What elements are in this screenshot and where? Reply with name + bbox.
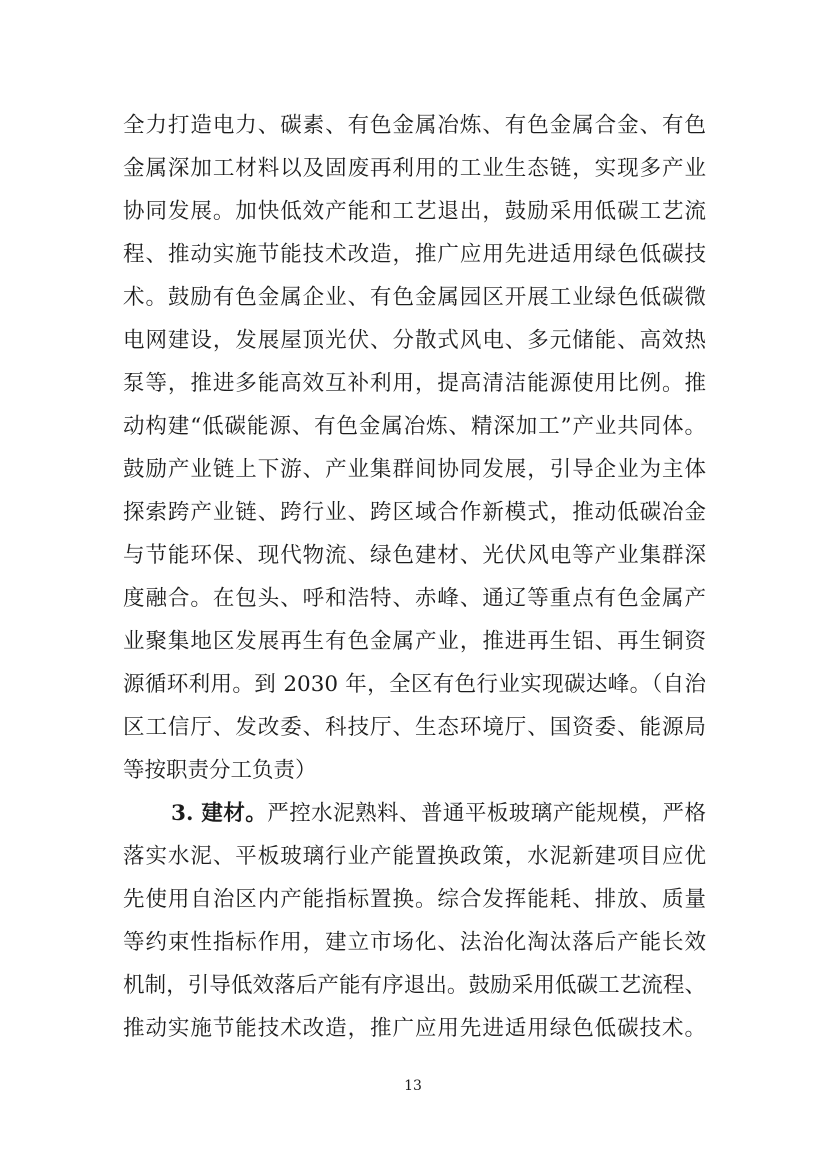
page-number: 13 <box>0 1078 826 1094</box>
text-line: 探索跨产业链、跨行业、跨区域合作新模式，推动低碳冶金 <box>123 491 706 534</box>
text-line: 术。鼓励有色金属企业、有色金属园区开展工业绿色低碳微 <box>123 276 706 319</box>
document-body: 全力打造电力、碳素、有色金属冶炼、有色金属合金、有色 金属深加工材料以及固废再利… <box>123 104 706 1050</box>
text-line: 动构建“低碳能源、有色金属冶炼、精深加工”产业共同体。 <box>123 405 706 448</box>
text-line: 电网建设，发展屋顶光伏、分散式风电、多元储能、高效热 <box>123 319 706 362</box>
text-line: 程、推动实施节能技术改造，推广应用先进适用绿色低碳技 <box>123 233 706 276</box>
text-run: 严控水泥熟料、普通平板玻璃产能规模，严格 <box>267 801 706 826</box>
text-line: 等按职责分工负责） <box>123 749 706 792</box>
section-heading-line: 3. 建材。严控水泥熟料、普通平板玻璃产能规模，严格 <box>123 792 706 835</box>
document-page: 全力打造电力、碳素、有色金属冶炼、有色金属合金、有色 金属深加工材料以及固废再利… <box>0 0 826 1169</box>
section-heading: 3. 建材。 <box>171 801 267 826</box>
text-line: 推动实施节能技术改造，推广应用先进适用绿色低碳技术。 <box>123 1007 706 1050</box>
text-line: 先使用自治区内产能指标置换。综合发挥能耗、排放、质量 <box>123 878 706 921</box>
text-line: 与节能环保、现代物流、绿色建材、光伏风电等产业集群深 <box>123 534 706 577</box>
text-line: 全力打造电力、碳素、有色金属冶炼、有色金属合金、有色 <box>123 104 706 147</box>
text-line: 等约束性指标作用，建立市场化、法治化淘汰落后产能长效 <box>123 921 706 964</box>
text-line: 机制，引导低效落后产能有序退出。鼓励采用低碳工艺流程、 <box>123 964 706 1007</box>
text-line: 协同发展。加快低效产能和工艺退出，鼓励采用低碳工艺流 <box>123 190 706 233</box>
text-line: 源循环利用。到 2030 年，全区有色行业实现碳达峰。（自治 <box>123 663 706 706</box>
text-line: 区工信厅、发改委、科技厅、生态环境厅、国资委、能源局 <box>123 706 706 749</box>
text-line: 泵等，推进多能高效互补利用，提高清洁能源使用比例。推 <box>123 362 706 405</box>
text-line: 落实水泥、平板玻璃行业产能置换政策，水泥新建项目应优 <box>123 835 706 878</box>
text-line: 业聚集地区发展再生有色金属产业，推进再生铝、再生铜资 <box>123 620 706 663</box>
text-line: 鼓励产业链上下游、产业集群间协同发展，引导企业为主体 <box>123 448 706 491</box>
text-line: 金属深加工材料以及固废再利用的工业生态链，实现多产业 <box>123 147 706 190</box>
text-line: 度融合。在包头、呼和浩特、赤峰、通辽等重点有色金属产 <box>123 577 706 620</box>
